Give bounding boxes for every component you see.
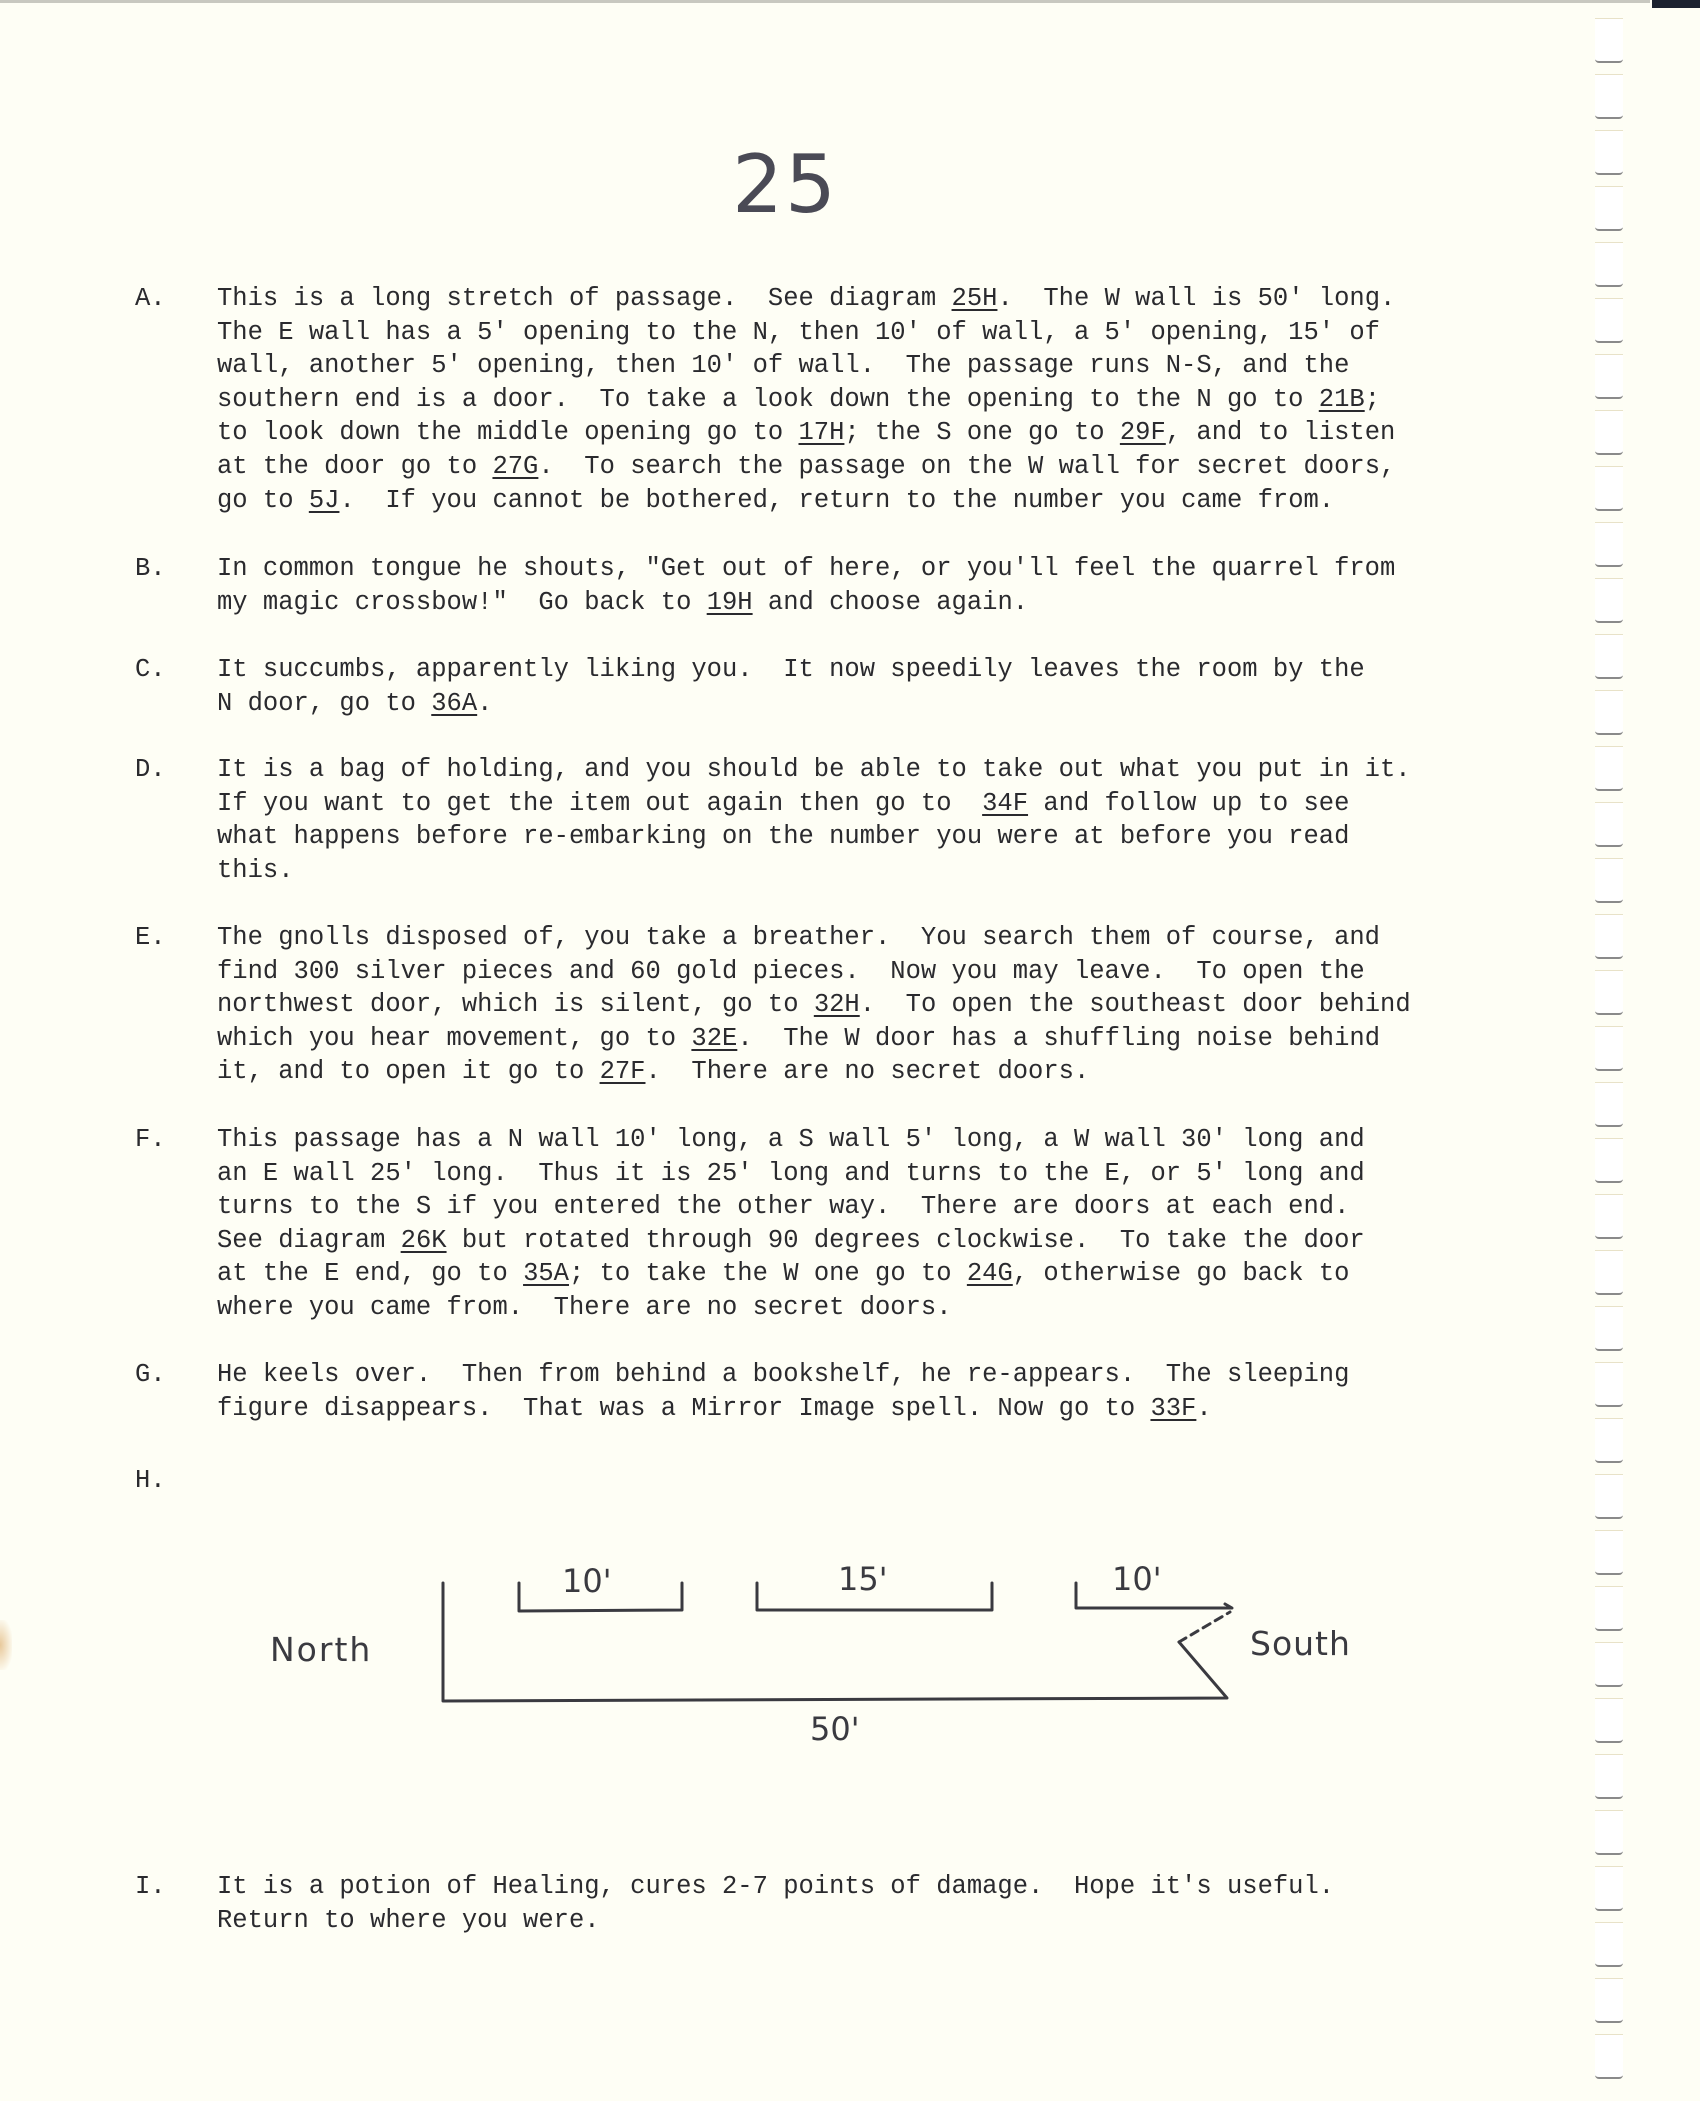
- entry-text: He keels over. Then from behind a booksh…: [217, 1358, 1349, 1425]
- section-reference[interactable]: 32E: [691, 1024, 737, 1053]
- section-reference[interactable]: 26K: [401, 1226, 447, 1255]
- entry-letter: E.: [135, 921, 166, 955]
- page-top-edge: [0, 0, 1650, 3]
- segment-label-south: 10': [1112, 1560, 1162, 1598]
- binding-hole: [1595, 634, 1623, 679]
- entry-letter: C.: [135, 653, 166, 687]
- section-reference[interactable]: 24G: [967, 1259, 1013, 1288]
- entry-letter: A.: [135, 282, 166, 316]
- entry-text: It is a bag of holding, and you should b…: [217, 753, 1411, 887]
- binding-hole: [1595, 914, 1623, 959]
- scan-corner-mark: [1652, 0, 1700, 8]
- binding-hole: [1595, 1698, 1623, 1743]
- binding-hole: [1595, 522, 1623, 567]
- binding-hole: [1595, 1474, 1623, 1519]
- north-label: North: [270, 1630, 372, 1669]
- passage-diagram-25h: North South 10' 15' 10' 50': [0, 1540, 1570, 1760]
- binding-hole: [1595, 1138, 1623, 1183]
- binding-hole: [1595, 298, 1623, 343]
- total-length-label: 50': [810, 1710, 860, 1748]
- binding-hole: [1595, 410, 1623, 455]
- binding-hole: [1595, 1082, 1623, 1127]
- section-reference[interactable]: 17H: [799, 418, 845, 447]
- binding-hole: [1595, 858, 1623, 903]
- entry-letter: B.: [135, 552, 166, 586]
- section-reference[interactable]: 27F: [600, 1057, 646, 1086]
- binding-hole: [1595, 74, 1623, 119]
- binding-hole: [1595, 1586, 1623, 1631]
- section-reference[interactable]: 32H: [814, 990, 860, 1019]
- binding-hole: [1595, 242, 1623, 287]
- binding-hole: [1595, 354, 1623, 399]
- segment-label-north: 10': [562, 1562, 612, 1600]
- entry-letter: D.: [135, 753, 166, 787]
- section-reference[interactable]: 29F: [1120, 418, 1166, 447]
- binding-hole: [1595, 578, 1623, 623]
- section-reference[interactable]: 19H: [707, 588, 753, 617]
- binding-hole: [1595, 802, 1623, 847]
- section-reference[interactable]: 5J: [309, 486, 340, 515]
- section-reference[interactable]: 36A: [431, 689, 477, 718]
- binding-hole: [1595, 970, 1623, 1015]
- section-reference[interactable]: 27G: [492, 452, 538, 481]
- entry-text: In common tongue he shouts, "Get out of …: [217, 552, 1395, 619]
- section-reference[interactable]: 25H: [952, 284, 998, 313]
- binding-hole: [1595, 1978, 1623, 2023]
- binding-hole: [1595, 18, 1623, 63]
- binding-hole: [1595, 1026, 1623, 1071]
- binding-hole: [1595, 186, 1623, 231]
- binding-hole: [1595, 1754, 1623, 1799]
- section-reference[interactable]: 33F: [1150, 1394, 1196, 1423]
- entry-letter: F.: [135, 1123, 166, 1157]
- page-number: 25: [0, 138, 1570, 231]
- binding-hole: [1595, 130, 1623, 175]
- binding-hole: [1595, 2034, 1623, 2079]
- section-reference[interactable]: 35A: [523, 1259, 569, 1288]
- south-label: South: [1250, 1624, 1351, 1663]
- binding-hole: [1595, 1866, 1623, 1911]
- binding-hole: [1595, 1250, 1623, 1295]
- entry-text: It is a potion of Healing, cures 2-7 poi…: [217, 1870, 1334, 1937]
- entry-letter: G.: [135, 1358, 166, 1392]
- entry-letter: H.: [135, 1464, 166, 1498]
- binding-hole: [1595, 1530, 1623, 1575]
- binding-hole: [1595, 690, 1623, 735]
- entry-text: This passage has a N wall 10' long, a S …: [217, 1123, 1365, 1325]
- binding-hole: [1595, 466, 1623, 511]
- binding-hole: [1595, 1922, 1623, 1967]
- entry-text: The gnolls disposed of, you take a breat…: [217, 921, 1411, 1089]
- binding-hole: [1595, 1418, 1623, 1463]
- binding-hole: [1595, 1810, 1623, 1855]
- entry-text: It succumbs, apparently liking you. It n…: [217, 653, 1365, 720]
- entry-letter: I.: [135, 1870, 166, 1904]
- binding-hole: [1595, 1194, 1623, 1239]
- binding-hole: [1595, 1362, 1623, 1407]
- binding-hole: [1595, 746, 1623, 791]
- binding-hole: [1595, 1306, 1623, 1351]
- entry-text: This is a long stretch of passage. See d…: [217, 282, 1395, 517]
- section-reference[interactable]: 21B: [1319, 385, 1365, 414]
- segment-label-middle: 15': [838, 1560, 888, 1598]
- binding-hole: [1595, 1642, 1623, 1687]
- section-reference[interactable]: 34F: [982, 789, 1028, 818]
